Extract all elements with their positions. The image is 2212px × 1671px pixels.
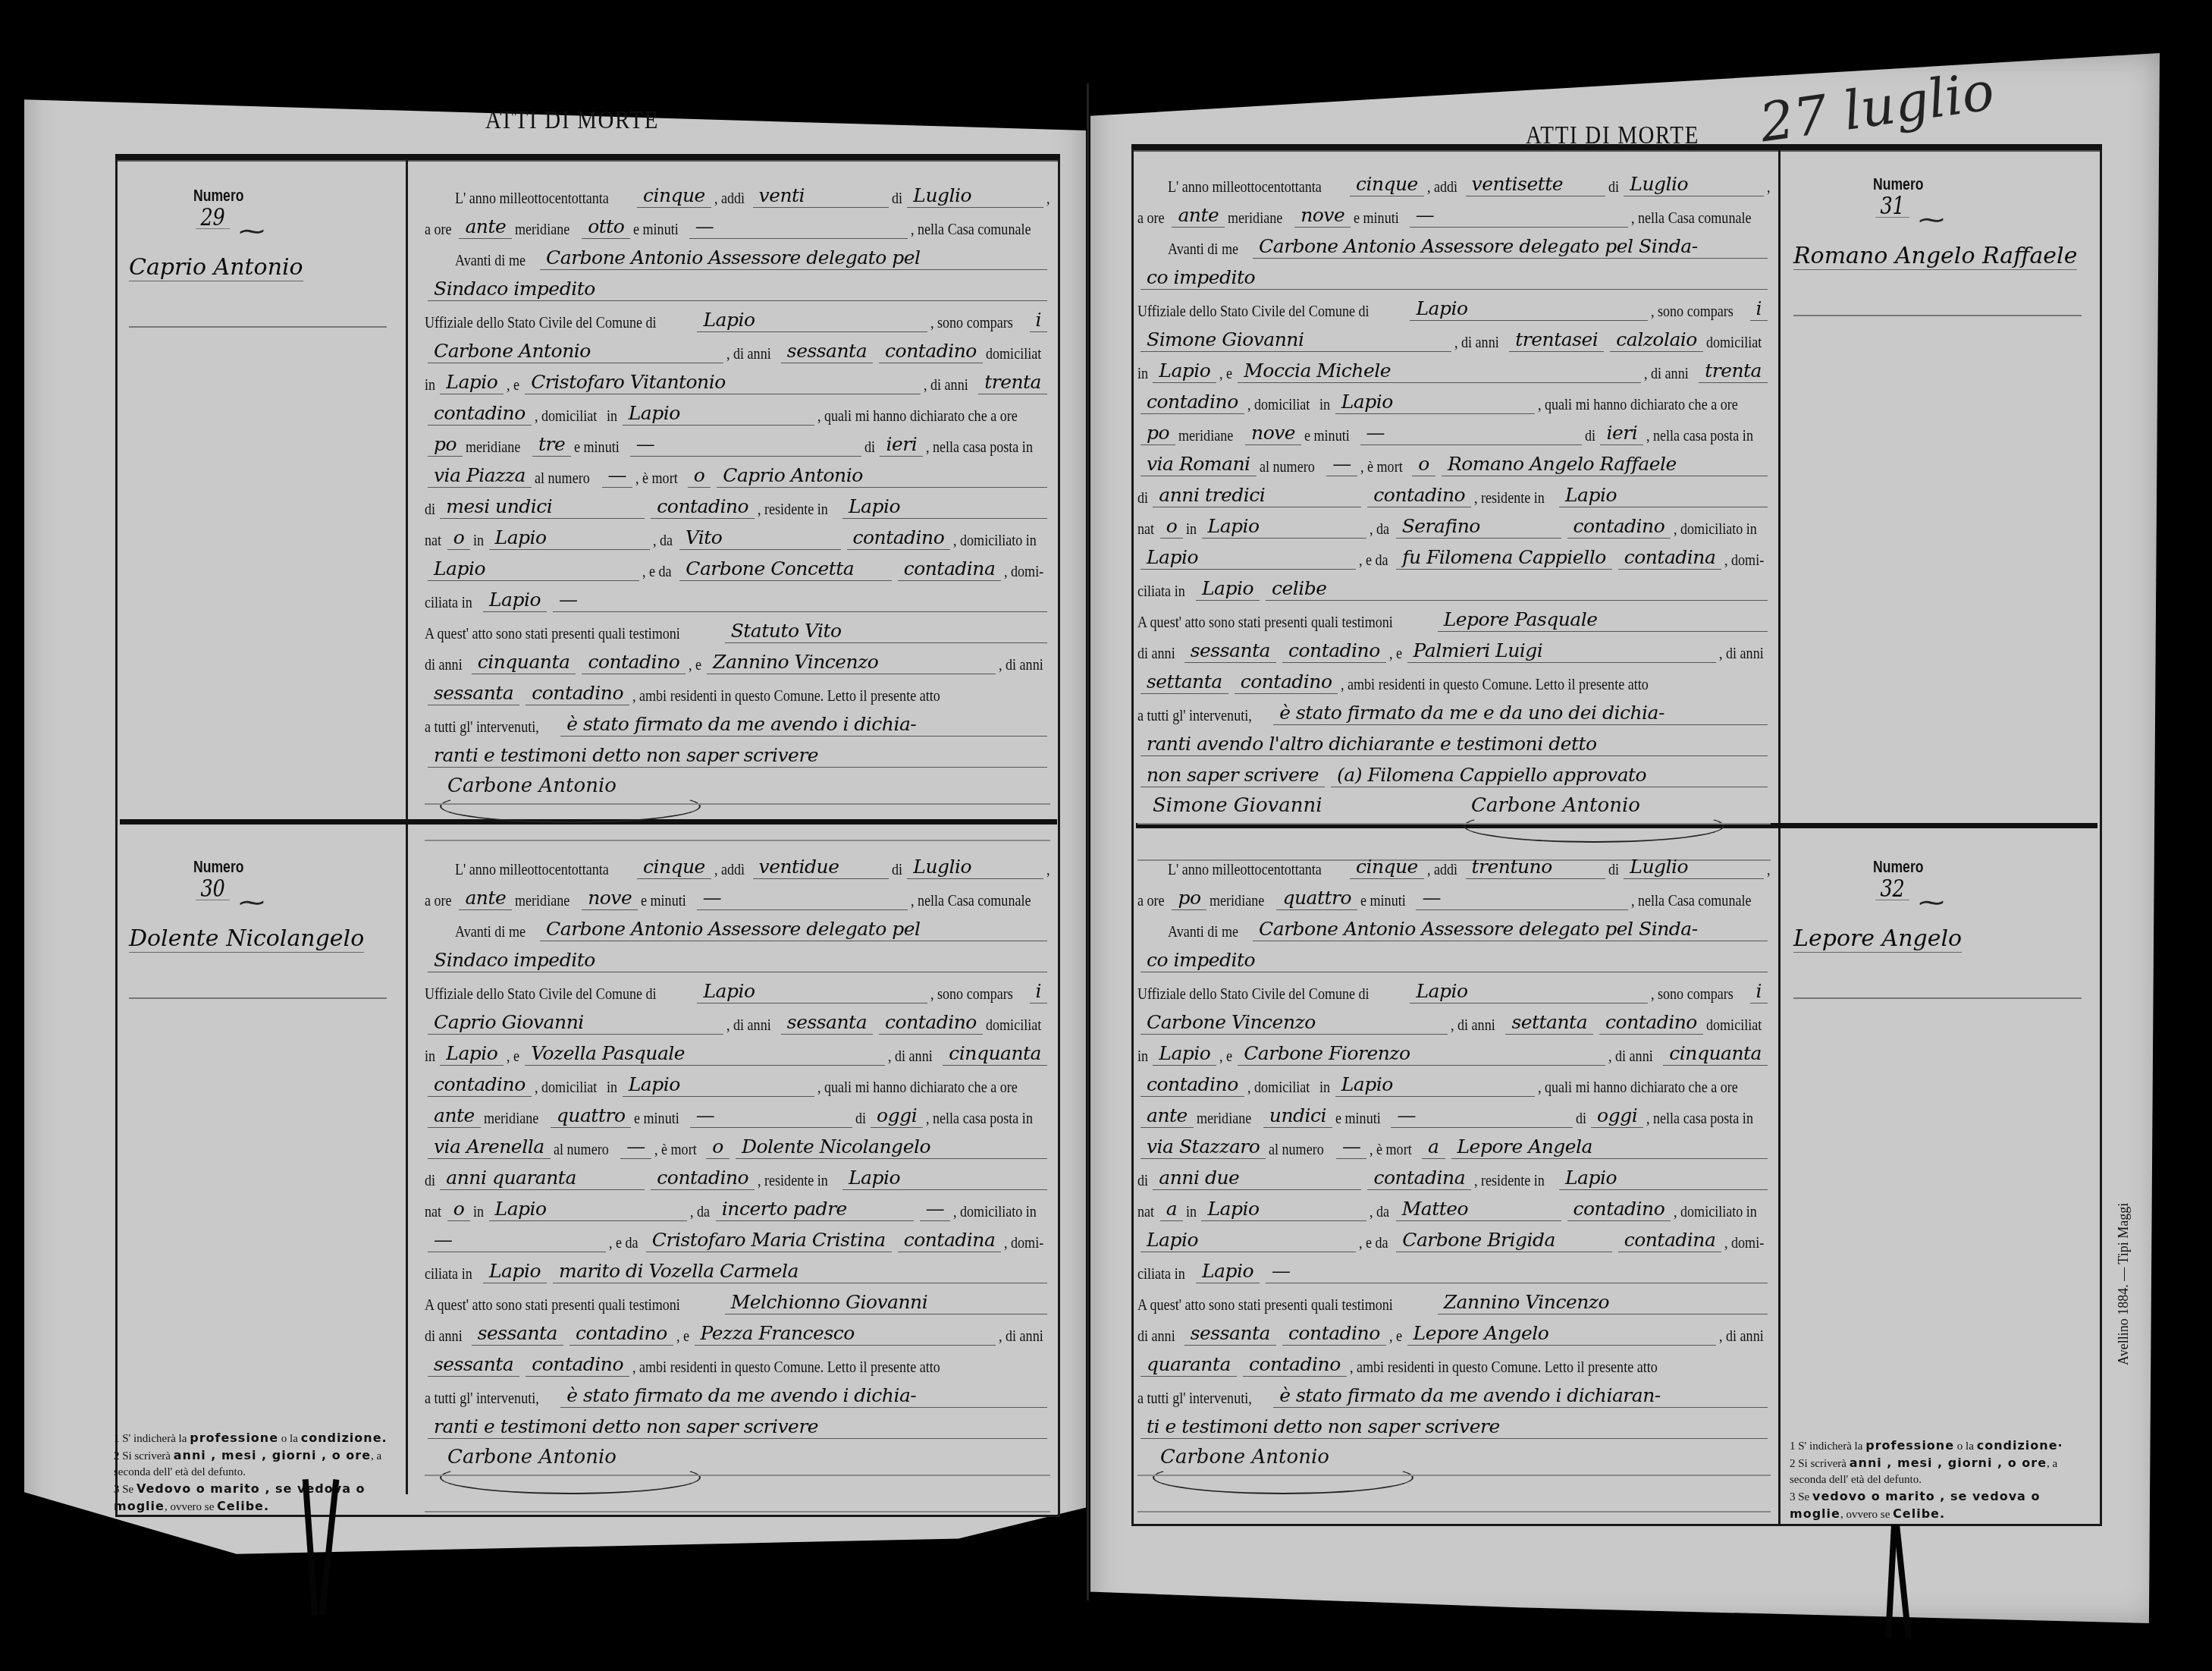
name-rule [129, 997, 387, 999]
handwritten-ante-post: ante [1172, 204, 1225, 228]
handwritten-officer-line2: co impedito [1141, 949, 1768, 972]
ornament: ⁓ [239, 216, 265, 247]
handwritten-mother-prof: contadina [1618, 1229, 1722, 1252]
form-line: natainLapio, daMatteocontadino, domicili… [1137, 1188, 1771, 1221]
handwritten-death-street: via Stazzaro [1141, 1135, 1266, 1159]
handwritten-witness1-prof: contadino [1282, 1322, 1386, 1346]
handwritten-mother-domicile: Lapio [483, 1260, 547, 1283]
handwritten-declarant1-prof: contadino [1599, 1011, 1703, 1035]
handwritten-witness1: Melchionno Giovanni [725, 1291, 1047, 1314]
handwritten-declarant1-age: sessanta [781, 1011, 873, 1035]
signature: Simone Giovanni [1153, 794, 1322, 817]
handwritten-declarant1-prof: contadino [879, 1011, 983, 1035]
handwritten-born-suffix: a [1160, 1198, 1183, 1221]
form-line: Sindaco impedito [425, 268, 1050, 301]
form-line: di annisessantacontadino, eLepore Angelo… [1137, 1312, 1771, 1346]
handwritten-deceased-suffix: o [706, 1135, 729, 1159]
form-line: L' anno milleottocentottantacinque, addì… [1137, 846, 1771, 879]
form-line: —, e daCristofaro Maria Cristinacontadin… [425, 1219, 1050, 1252]
handwritten-declarant2-domicile: Lapio [623, 1073, 815, 1097]
handwritten-hour: nove [582, 887, 638, 910]
handwritten-month: Luglio [907, 856, 1043, 879]
handwritten-mother-domicile: Lapio [1196, 1260, 1260, 1283]
signature-rule [425, 1511, 1050, 1512]
handwritten-declarant1-prof: calzolaio [1610, 328, 1703, 352]
handwritten-mother: fu Filomena Cappiello [1396, 546, 1612, 570]
form-line: Avanti di meCarbone Antonio Assessore de… [1137, 225, 1771, 259]
handwritten-declarant2-age: trenta [978, 371, 1047, 394]
signature-rule [425, 803, 1050, 805]
handwritten-ante-post: ante [459, 215, 512, 239]
handwritten-compars-suffix: i [1750, 297, 1768, 321]
handwritten-minutes: — [697, 887, 908, 910]
handwritten-witness2-age: sessanta [428, 682, 519, 705]
signature-rule [1137, 1475, 1771, 1476]
form-line: pomeridianenovee minuti—diieri, nella ca… [1137, 412, 1771, 445]
handwritten-profession: contadino [1367, 484, 1471, 507]
form-line: A quest' atto sono stati presenti quali … [1137, 1281, 1771, 1314]
handwritten-father-domicile: Lapio [1141, 546, 1356, 570]
handwritten-declarant1-age: settanta [1505, 1011, 1593, 1035]
handwritten-deceased-suffix: a [1422, 1135, 1445, 1159]
handwritten-deceased-suffix: o [688, 464, 711, 488]
record-number-value: 31 [1875, 194, 1909, 218]
form-line: Caprio Giovanni, di annisessantacontadin… [425, 1001, 1050, 1035]
handwritten-declarant1: Carbone Vincenzo [1141, 1011, 1448, 1035]
handwritten-comune: Lapio [697, 980, 927, 1004]
form-line: a tutti gl' intervenuti,è stato firmato … [1137, 1374, 1771, 1408]
form-line: di annisessantacontadino, ePezza Frances… [425, 1312, 1050, 1346]
handwritten-witness2-age: settanta [1141, 671, 1228, 694]
handwritten-witness1: Statuto Vito [725, 620, 1047, 643]
footnote-2: 2 Si scriverà anni , mesi , giorni , o o… [114, 1447, 402, 1481]
ornament: ⁓ [1919, 887, 1944, 918]
handwritten-witness1: Zannino Vincenzo [1438, 1291, 1768, 1314]
handwritten-declarant2-domicile: Lapio [1335, 1073, 1536, 1097]
handwritten-declarant2-domicile: Lapio [623, 402, 815, 426]
handwritten-witness2-prof: contadino [1235, 671, 1338, 694]
handwritten-birthplace: Lapio [1201, 1198, 1366, 1221]
record-number-value: 30 [196, 877, 230, 900]
handwritten-deceased-full: Romano Angelo Raffaele [1442, 453, 1768, 476]
form-line: co impedito [1137, 939, 1771, 972]
handwritten-witness2: Zannino Vincenzo [707, 651, 996, 674]
handwritten-civil-status: — [553, 589, 1047, 612]
footnote-3: 3 Se vedovo o marito , se vedova o mogli… [1790, 1488, 2078, 1523]
form-line: ti e testimoni detto non saper scrivere [1137, 1406, 1771, 1439]
handwritten-death-minutes: — [630, 433, 861, 457]
handwritten-civil-status: marito di Vozella Carmela [553, 1260, 1047, 1283]
handwritten-mother-domicile: Lapio [483, 589, 547, 612]
handwritten-declarant2-age: trenta [1699, 360, 1768, 383]
name-rule [1793, 315, 2082, 316]
handwritten-closing-line2: ranti e testimoni detto non saper scrive… [428, 744, 1047, 768]
handwritten-death-ante-post: ante [428, 1104, 481, 1128]
handwritten-birthplace: Lapio [1202, 515, 1367, 539]
form-line: dianni tredicicontadino, residente inLap… [1137, 474, 1771, 507]
form-line: Carbone Vincenzo, di annisettantacontadi… [1137, 1001, 1771, 1035]
handwritten-death-street: via Piazza [428, 464, 532, 488]
handwritten-declarant2-domicile: Lapio [1335, 391, 1536, 414]
handwritten-closing-line1: è stato firmato da me avendo i dichia- [560, 1384, 1047, 1408]
deceased-name: Dolente Nicolangelo [129, 925, 364, 953]
handwritten-witness1-age: cinquanta [472, 651, 576, 674]
handwritten-declarant2: Cristofaro Vitantonio [525, 371, 921, 394]
book-gutter [1087, 83, 1089, 1600]
form-line: co impedito [1137, 256, 1771, 290]
handwritten-year: cinque [1350, 173, 1424, 196]
form-line: ciliata inLapiocelibe [1137, 567, 1771, 601]
handwritten-witness1: Lepore Pasquale [1438, 608, 1768, 632]
left-footnotes: 1 S' indicherà la professione o la condi… [114, 1430, 402, 1516]
handwritten-hour: otto [582, 215, 630, 239]
handwritten-deceased-full: Dolente Nicolangelo [736, 1135, 1047, 1159]
handwritten-witness1-prof: contadino [582, 651, 686, 674]
handwritten-declarant2: Vozella Pasquale [525, 1042, 885, 1066]
handwritten-father-domicile: Lapio [428, 558, 639, 581]
handwritten-mother-prof: contadina [1618, 546, 1722, 570]
handwritten-civil-status: — [1266, 1260, 1768, 1283]
form-line: inLapio, eCristofaro Vitantonio, di anni… [425, 361, 1050, 394]
signature-flourish [1153, 1461, 1413, 1494]
handwritten-deceased-suffix: o [1412, 453, 1435, 476]
form-line: settantacontadino, ambi residenti in que… [1137, 661, 1771, 694]
handwritten-closing-line2: ti e testimoni detto non saper scrivere [1141, 1415, 1768, 1439]
footnote-3: 3 Se Vedovo o marito , se vedova o mogli… [114, 1481, 402, 1516]
record-number: Numero29 [193, 186, 244, 230]
form-line: ciliata inLapiomarito di Vozella Carmela [425, 1250, 1050, 1283]
form-line: contadino, domiciliatinLapio, quali mi h… [425, 1063, 1050, 1097]
handwritten-month: Luglio [1624, 856, 1763, 879]
form-line: quarantacontadino, ambi residenti in que… [1137, 1343, 1771, 1377]
handwritten-father-domicile: Lapio [1141, 1229, 1356, 1252]
footnote-2: 2 Si scriverà anni , mesi , giorni , o o… [1790, 1455, 2078, 1488]
form-line: via Piazzaal numero—, è mortoCaprio Anto… [425, 454, 1050, 488]
handwritten-declarant2-age: cinquanta [1663, 1042, 1768, 1066]
handwritten-officer-line1: Carbone Antonio Assessore delegato pel S… [1253, 235, 1768, 259]
handwritten-father-prof: contadino [1567, 1198, 1671, 1221]
handwritten-officer-line1: Carbone Antonio Assessore delegato pel S… [1253, 918, 1768, 941]
handwritten-deceased-full: Lepore Angela [1451, 1135, 1768, 1159]
signature-flourish [440, 790, 701, 823]
handwritten-declarant1: Simone Giovanni [1141, 328, 1451, 352]
handwritten-mother: Cristofaro Maria Cristina [646, 1229, 892, 1252]
handwritten-witness1-age: sessanta [1184, 639, 1276, 663]
handwritten-death-hour: tre [532, 433, 571, 457]
handwritten-declarant1-age: sessanta [781, 340, 873, 363]
form-line: a oreantemeridianenovee minuti—, nella C… [425, 877, 1050, 910]
handwritten-month: Luglio [907, 184, 1043, 208]
form-line: A quest' atto sono stati presenti quali … [425, 1281, 1050, 1314]
ornament: ⁓ [239, 887, 265, 918]
handwritten-witness2: Lepore Angelo [1407, 1322, 1716, 1346]
left-column-divider [406, 159, 408, 1494]
printer-imprint: Avellino 1884. — Tipi Maggi [2116, 1203, 2132, 1365]
handwritten-mother-prof: contadina [898, 558, 1002, 581]
handwritten-father: Matteo [1396, 1198, 1561, 1221]
handwritten-day: venti [753, 184, 889, 208]
form-line: ranti avendo l'altro dichiarante e testi… [1137, 723, 1771, 756]
form-line: natoinLapio, daincerto padre—, domicilia… [425, 1188, 1050, 1221]
handwritten-death-day: ieri [880, 433, 923, 457]
handwritten-declarant2-age: cinquanta [943, 1042, 1047, 1066]
handwritten-death-day: ieri [1600, 422, 1643, 445]
handwritten-declarant1-prof: contadino [879, 340, 983, 363]
handwritten-profession: contadino [651, 495, 755, 519]
form-line: sessantacontadino, ambi residenti in que… [425, 672, 1050, 705]
form-line: dianni duecontadina, residente inLapio [1137, 1157, 1771, 1190]
handwritten-year: cinque [637, 856, 711, 879]
handwritten-death-ante-post: po [428, 433, 463, 457]
form-line: non saper scrivere(a) Filomena Cappiello… [1137, 754, 1771, 787]
form-line: Uffiziale dello Stato Civile del Comune … [1137, 970, 1771, 1004]
handwritten-month: Luglio [1624, 173, 1763, 196]
handwritten-witness2-age: sessanta [428, 1353, 519, 1377]
handwritten-birthplace: Lapio [489, 1198, 687, 1221]
form-line: sessantacontadino, ambi residenti in que… [425, 1343, 1050, 1377]
handwritten-age: mesi undici [440, 495, 645, 519]
handwritten-minutes: — [1410, 204, 1628, 228]
handwritten-comune: Lapio [1410, 297, 1648, 321]
handwritten-father-prof: contadino [1567, 515, 1671, 539]
handwritten-hour: nove [1294, 204, 1351, 228]
right-footnotes: 1 S' indicherà la professione o la condi… [1790, 1437, 2078, 1523]
form-line: Avanti di meCarbone Antonio Assessore de… [1137, 908, 1771, 941]
signature-rule [1137, 823, 1771, 825]
handwritten-closing-line3: non saper scrivere [1141, 764, 1325, 787]
handwritten-mother: Carbone Concetta [679, 558, 891, 581]
form-line: Lapio, e daCarbone Concettacontadina, do… [425, 548, 1050, 581]
handwritten-witness1-age: sessanta [1184, 1322, 1276, 1346]
handwritten-declarant1-domicile: Lapio [440, 371, 504, 394]
handwritten-declarant1: Caprio Giovanni [428, 1011, 723, 1035]
handwritten-residence: Lapio [842, 495, 1047, 519]
handwritten-death-hour: undici [1263, 1104, 1332, 1128]
handwritten-officer-line1: Carbone Antonio Assessore delegato pel [540, 247, 1047, 270]
form-line: Uffiziale dello Stato Civile del Comune … [425, 299, 1050, 332]
form-line: L' anno milleottocentottantacinque, addì… [425, 174, 1050, 208]
form-line: ciliata inLapio— [1137, 1250, 1771, 1283]
handwritten-comune: Lapio [1410, 980, 1648, 1004]
handwritten-annotation: (a) Filomena Cappiello approvato [1331, 764, 1768, 787]
form-line: inLapio, eMoccia Michele, di annitrenta [1137, 350, 1771, 383]
record-number-value: 32 [1875, 877, 1909, 900]
handwritten-death-day: oggi [1591, 1104, 1643, 1128]
handwritten-year: cinque [1350, 856, 1424, 879]
handwritten-mother-prof: contadina [898, 1229, 1002, 1252]
handwritten-declarant2: Carbone Fiorenzo [1238, 1042, 1605, 1066]
handwritten-declarant1: Carbone Antonio [428, 340, 723, 363]
name-rule [129, 326, 387, 328]
handwritten-witness2-prof: contadino [526, 682, 629, 705]
handwritten-residence: Lapio [1559, 1167, 1768, 1190]
handwritten-officer-line1: Carbone Antonio Assessore delegato pel [540, 918, 1047, 941]
handwritten-profession: contadina [1367, 1167, 1471, 1190]
form-line: Avanti di meCarbone Antonio Assessore de… [425, 908, 1050, 941]
form-line: dianni quarantacontadino, residente inLa… [425, 1157, 1050, 1190]
form-line: a tutti gl' intervenuti,è stato firmato … [425, 1374, 1050, 1408]
form-line: di annisessantacontadino, ePalmieri Luig… [1137, 630, 1771, 663]
handwritten-mother: Carbone Brigida [1396, 1229, 1611, 1252]
handwritten-witness2: Pezza Francesco [695, 1322, 996, 1346]
handwritten-declarant2-prof: contadino [1141, 1073, 1244, 1097]
handwritten-born-suffix: o [447, 526, 471, 550]
form-line: contadino, domiciliatinLapio, quali mi h… [425, 392, 1050, 426]
handwritten-compars-suffix: i [1030, 980, 1048, 1004]
handwritten-year: cinque [637, 184, 711, 208]
form-line: antemeridianeundicie minuti—dioggi, nell… [1137, 1095, 1771, 1128]
form-line: Simone Giovanni, di annitrentaseicalzola… [1137, 319, 1771, 352]
form-line: ciliata inLapio— [425, 579, 1050, 612]
record-number: Numero31 [1873, 174, 1924, 218]
form-line: L' anno milleottocentottantacinque, addì… [425, 846, 1050, 879]
handwritten-ante-post: ante [459, 887, 512, 910]
handwritten-compars-suffix: i [1750, 980, 1768, 1004]
handwritten-declarant1-age: trentasei [1509, 328, 1604, 352]
handwritten-day: ventidue [753, 856, 889, 879]
handwritten-death-minutes: — [690, 1104, 852, 1128]
handwritten-deceased-full: Caprio Antonio [717, 464, 1047, 488]
handwritten-death-street: via Romani [1141, 453, 1257, 476]
form-line: ranti e testimoni detto non saper scrive… [425, 1406, 1050, 1439]
handwritten-death-number: — [1326, 453, 1357, 476]
name-rule [1793, 997, 2082, 999]
form-line: dimesi undicicontadino, residente inLapi… [425, 485, 1050, 519]
handwritten-witness1-prof: contadino [1282, 639, 1386, 663]
handwritten-residence: Lapio [842, 1167, 1047, 1190]
form-line: via Romanial numero—, è mortoRomano Ange… [1137, 443, 1771, 476]
handwritten-declarant2-prof: contadino [428, 402, 532, 426]
handwritten-death-hour: quattro [551, 1104, 632, 1128]
right-column-divider [1778, 149, 1781, 1526]
form-line: inLapio, eCarbone Fiorenzo, di annicinqu… [1137, 1032, 1771, 1066]
handwritten-comune: Lapio [697, 309, 927, 332]
ornament: ⁓ [1919, 205, 1944, 235]
handwritten-born-suffix: o [1160, 515, 1184, 539]
handwritten-death-minutes: — [1391, 1104, 1572, 1128]
form-line: a oreantemeridianenovee minuti—, nella C… [1137, 194, 1771, 228]
handwritten-civil-status: celibe [1266, 577, 1768, 601]
form-line: via Arenellaal numero—, è mortoDolente N… [425, 1126, 1050, 1159]
form-line: A quest' atto sono stati presenti quali … [1137, 598, 1771, 632]
handwritten-born-suffix: o [447, 1198, 471, 1221]
form-line: a tutti gl' intervenuti,è stato firmato … [1137, 692, 1771, 725]
form-line: L' anno milleottocentottantacinque, addì… [1137, 163, 1771, 196]
handwritten-officer-line2: co impedito [1141, 266, 1768, 290]
handwritten-declarant2-prof: contadino [1141, 391, 1244, 414]
handwritten-death-street: via Arenella [428, 1135, 551, 1159]
handwritten-minutes: — [689, 215, 908, 239]
form-line: contadino, domiciliatinLapio, quali mi h… [1137, 381, 1771, 414]
handwritten-witness1-age: sessanta [472, 1322, 563, 1346]
form-line: a orepomeridianequattroe minuti—, nella … [1137, 877, 1771, 910]
signature-flourish [1464, 809, 1724, 843]
form-line: contadino, domiciliatinLapio, quali mi h… [1137, 1063, 1771, 1097]
form-line: Avanti di meCarbone Antonio Assessore de… [425, 237, 1050, 270]
form-line: a tutti gl' intervenuti,è stato firmato … [425, 703, 1050, 737]
handwritten-father: Vito [679, 526, 841, 550]
handwritten-mother-domicile: Lapio [1196, 577, 1260, 601]
signature-rule [1137, 1511, 1771, 1512]
form-line: Carbone Antonio, di annisessantacontadin… [425, 330, 1050, 363]
handwritten-closing-line2: ranti e testimoni detto non saper scrive… [428, 1415, 1047, 1439]
form-line: Uffiziale dello Stato Civile del Comune … [1137, 287, 1771, 321]
left-page-title: ATTI DI MORTE [485, 106, 659, 135]
handwritten-hour: quattro [1276, 887, 1357, 910]
handwritten-father-prof: contadino [847, 526, 951, 550]
record-number: Numero30 [193, 857, 244, 901]
handwritten-father-prof: — [920, 1198, 951, 1221]
handwritten-profession: contadino [651, 1167, 755, 1190]
footnote-1: 1 S' indicherà la professione o la condi… [114, 1430, 402, 1447]
signature-flourish [440, 1461, 701, 1494]
handwritten-officer-line2: Sindaco impedito [428, 278, 1047, 301]
record-number-value: 29 [196, 206, 230, 229]
form-line: Uffiziale dello Stato Civile del Comune … [425, 970, 1050, 1004]
handwritten-declarant2-prof: contadino [428, 1073, 532, 1097]
handwritten-father: Serafino [1396, 515, 1561, 539]
form-line: via Stazzaroal numero—, è mortaLepore An… [1137, 1126, 1771, 1159]
handwritten-death-number: — [1336, 1135, 1367, 1159]
form-line: Sindaco impedito [425, 939, 1050, 972]
handwritten-residence: Lapio [1559, 484, 1768, 507]
footnote-1: 1 S' indicherà la professione o la condi… [1790, 1437, 2078, 1455]
record-number: Numero32 [1873, 857, 1924, 901]
handwritten-death-number: — [620, 1135, 651, 1159]
handwritten-declarant2: Moccia Michele [1238, 360, 1641, 383]
form-line: natoinLapio, daSerafinocontadino, domici… [1137, 505, 1771, 539]
handwritten-day: trentuno [1466, 856, 1605, 879]
deceased-name: Lepore Angelo [1793, 925, 1962, 953]
handwritten-ante-post: po [1172, 887, 1206, 910]
handwritten-minutes: — [1416, 887, 1627, 910]
form-line: antemeridianequattroe minuti—dioggi, nel… [425, 1095, 1050, 1128]
form-line: ranti e testimoni detto non saper scrive… [425, 734, 1050, 768]
form-line: inLapio, eVozella Pasquale, di annicinqu… [425, 1032, 1050, 1066]
handwritten-officer-line2: Sindaco impedito [428, 949, 1047, 972]
handwritten-declarant1-domicile: Lapio [1153, 360, 1216, 383]
handwritten-birthplace: Lapio [489, 526, 651, 550]
handwritten-witness2-prof: contadino [1243, 1353, 1347, 1377]
handwritten-compars-suffix: i [1030, 309, 1048, 332]
handwritten-closing-line1: è stato firmato da me e da uno dei dichi… [1273, 702, 1768, 725]
form-line: A quest' atto sono stati presenti quali … [425, 610, 1050, 643]
form-line: pomeridianetree minuti—diieri, nella cas… [425, 423, 1050, 457]
handwritten-death-number: — [602, 464, 633, 488]
handwritten-father: incerto padre [716, 1198, 914, 1221]
handwritten-death-ante-post: ante [1141, 1104, 1194, 1128]
form-line: Lapio, e daCarbone Brigidacontadina, dom… [1137, 1219, 1771, 1252]
handwritten-father-domicile: — [428, 1229, 606, 1252]
handwritten-death-hour: nove [1245, 422, 1301, 445]
handwritten-closing-line1: è stato firmato da me avendo i dichiaran… [1273, 1384, 1768, 1408]
form-line: natoinLapio, daVitocontadino, domiciliat… [425, 517, 1050, 550]
handwritten-witness2-prof: contadino [526, 1353, 629, 1377]
form-line: a oreantemeridianeottoe minuti—, nella C… [425, 206, 1050, 239]
deceased-name: Caprio Antonio [129, 254, 303, 281]
signature-rule [425, 840, 1050, 841]
form-line: Lapio, e dafu Filomena Cappiellocontadin… [1137, 536, 1771, 570]
handwritten-death-day: oggi [871, 1104, 923, 1128]
signature-rule [425, 1475, 1050, 1476]
handwritten-declarant1-domicile: Lapio [1153, 1042, 1216, 1066]
handwritten-day: ventisette [1466, 173, 1605, 196]
handwritten-declarant1-domicile: Lapio [440, 1042, 504, 1066]
deceased-name: Romano Angelo Raffaele [1793, 243, 2077, 270]
handwritten-witness2: Palmieri Luigi [1407, 639, 1716, 663]
handwritten-age: anni due [1153, 1167, 1361, 1190]
handwritten-death-minutes: — [1360, 422, 1583, 445]
